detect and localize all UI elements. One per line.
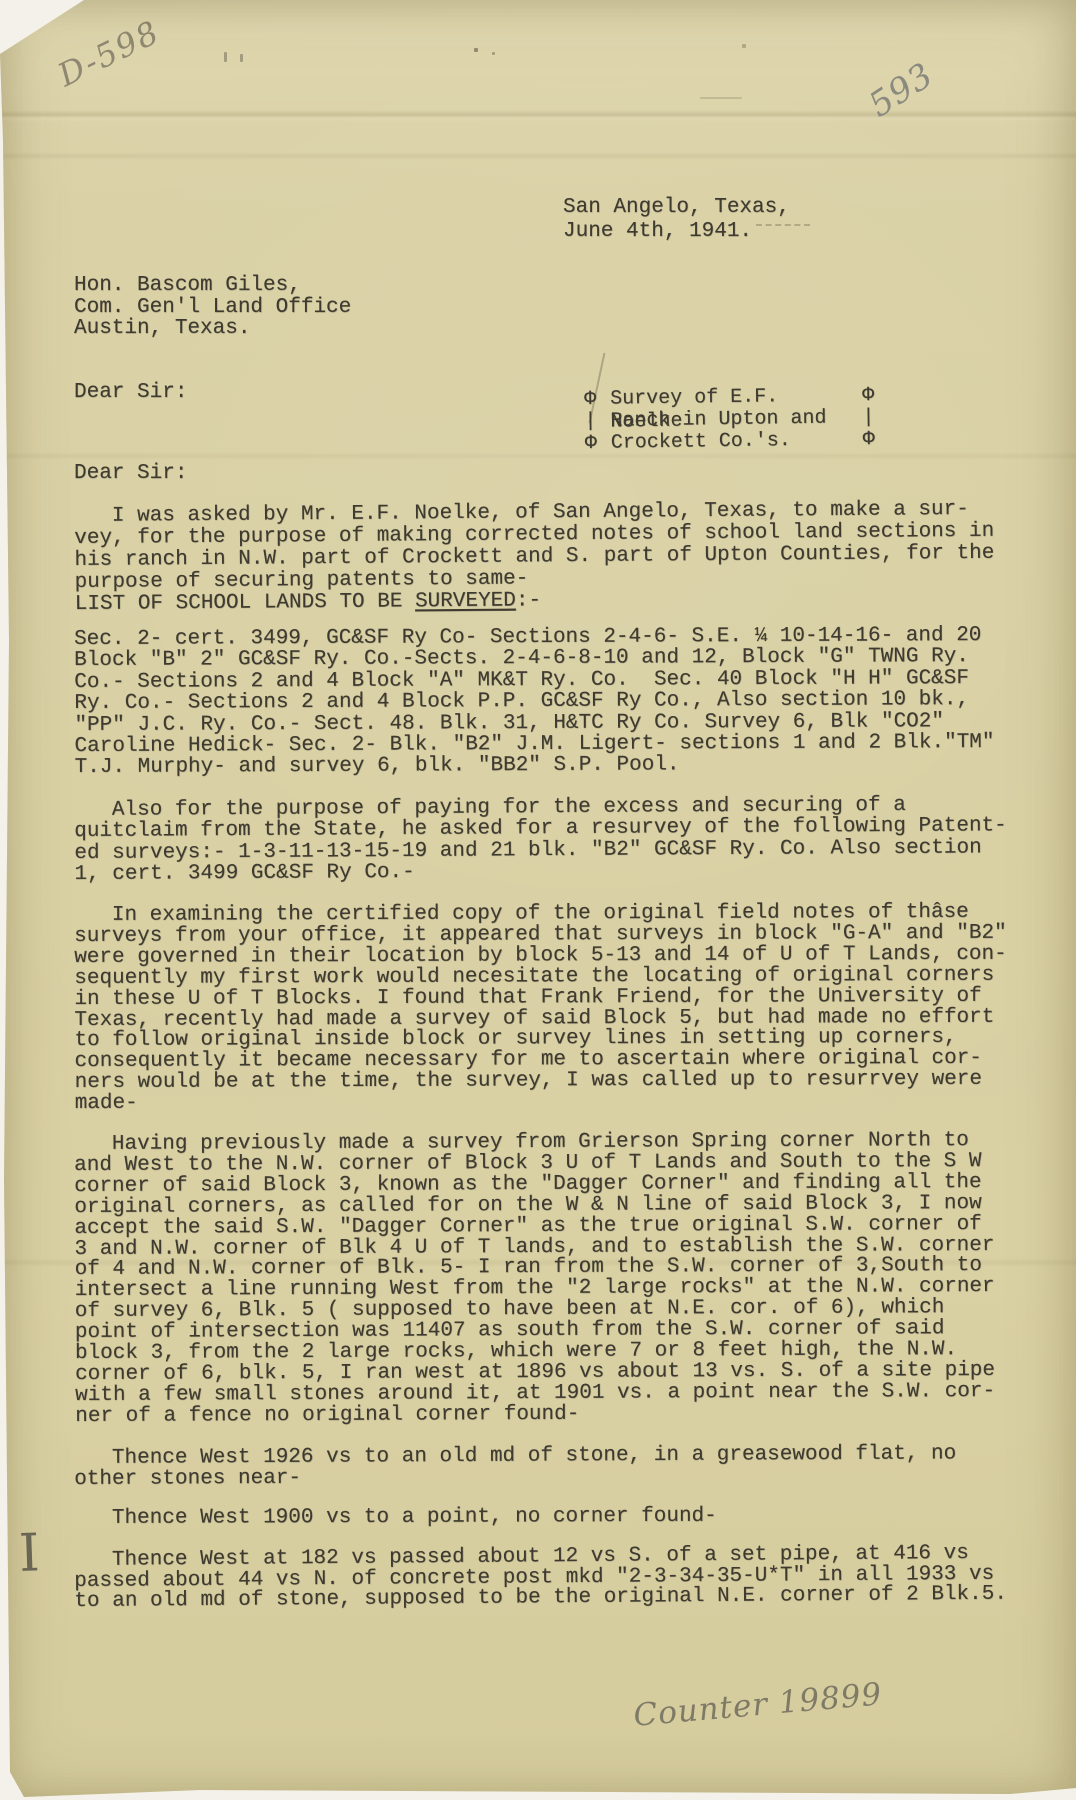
paragraph-excess-payment: Also for the purpose of paying for the e… bbox=[74, 794, 1007, 885]
typed-line: ners would be at the time, the survey, I… bbox=[75, 1070, 1008, 1094]
recipient-office: Com. Gen'l Land Office bbox=[74, 297, 351, 319]
border-glyph: | bbox=[584, 410, 610, 433]
paper-speck bbox=[700, 97, 742, 99]
typed-line: LIST OF SCHOOL LANDS TO BE SURVEYED:- bbox=[75, 587, 995, 616]
page-number-annotation: 593 bbox=[862, 55, 941, 126]
subject-row: Φ Crockett Co.'s. Φ bbox=[585, 428, 883, 454]
fold-crease bbox=[0, 152, 1076, 160]
typed-line: other stones near- bbox=[74, 1464, 956, 1490]
typed-line: to an old md of stone, supposed to be th… bbox=[74, 1585, 1007, 1613]
paragraph-land-list: Sec. 2- cert. 3499, GC&SF Ry Co- Section… bbox=[74, 625, 995, 779]
fold-crease bbox=[0, 452, 1076, 460]
paper-speck bbox=[492, 52, 495, 55]
paragraph-thence-182: Thence West at 182 vs passed about 12 vs… bbox=[74, 1544, 1007, 1613]
border-glyph: Φ bbox=[585, 432, 611, 455]
typed-line: ner of a fence no original corner found- bbox=[75, 1403, 995, 1428]
typed-line: Thence West 1926 vs to an old md of ston… bbox=[74, 1443, 956, 1469]
border-glyph: Φ bbox=[584, 388, 610, 411]
tally-mark: I bbox=[18, 1523, 41, 1584]
subject-line: Crockett Co.'s. bbox=[611, 428, 863, 455]
paper-speck bbox=[474, 48, 478, 52]
border-glyph: | bbox=[862, 406, 882, 429]
border-glyph: Φ bbox=[863, 428, 883, 451]
recipient-name: Hon. Bascom Giles, bbox=[74, 275, 351, 297]
dateline-date: June 4th, 1941. bbox=[563, 220, 790, 244]
border-glyph: Φ bbox=[862, 384, 882, 407]
scanned-letter-page: D-598 593 San Angelo, Texas, June 4th, 1… bbox=[0, 0, 1076, 1800]
paper-speck bbox=[224, 52, 227, 62]
paragraph-thence-1900: Thence West 1900 vs to a point, no corne… bbox=[74, 1506, 717, 1529]
paragraph-field-notes: In examining the certified copy of the o… bbox=[74, 903, 1007, 1115]
recipient-address: Hon. Bascom Giles, Com. Gen'l Land Offic… bbox=[74, 275, 351, 340]
counter-annotation: Counter 19899 bbox=[632, 1676, 884, 1734]
paper-speck bbox=[240, 54, 243, 62]
paper-speck bbox=[742, 44, 746, 48]
paragraph-intro: I was asked by Mr. E.F. Noelke, of San A… bbox=[74, 499, 995, 616]
docket-number-annotation: D-598 bbox=[52, 13, 166, 95]
typed-line: made- bbox=[75, 1091, 1008, 1115]
recipient-city: Austin, Texas. bbox=[74, 318, 351, 340]
typed-line: T.J. Murphy- and survey 6, blk. "BB2" S.… bbox=[75, 753, 995, 778]
dateline-city: San Angelo, Texas, bbox=[563, 196, 790, 220]
salutation-repeated: Dear Sir: bbox=[74, 462, 187, 485]
typed-line: 1, cert. 3499 GC&SF Ry Co.- bbox=[74, 858, 1007, 885]
dateline: San Angelo, Texas, June 4th, 1941. bbox=[563, 196, 790, 244]
salutation: Dear Sir: bbox=[74, 381, 187, 404]
paragraph-thence-1926: Thence West 1926 vs to an old md of ston… bbox=[74, 1443, 956, 1490]
paragraph-survey-history: Having previously made a survey from Gri… bbox=[74, 1131, 995, 1428]
subject-block: Φ Survey of E.F. Noelke Φ | Ranch in Upt… bbox=[584, 384, 883, 454]
fold-crease bbox=[0, 110, 1076, 122]
typed-line: Thence West 1900 vs to a point, no corne… bbox=[74, 1506, 717, 1529]
